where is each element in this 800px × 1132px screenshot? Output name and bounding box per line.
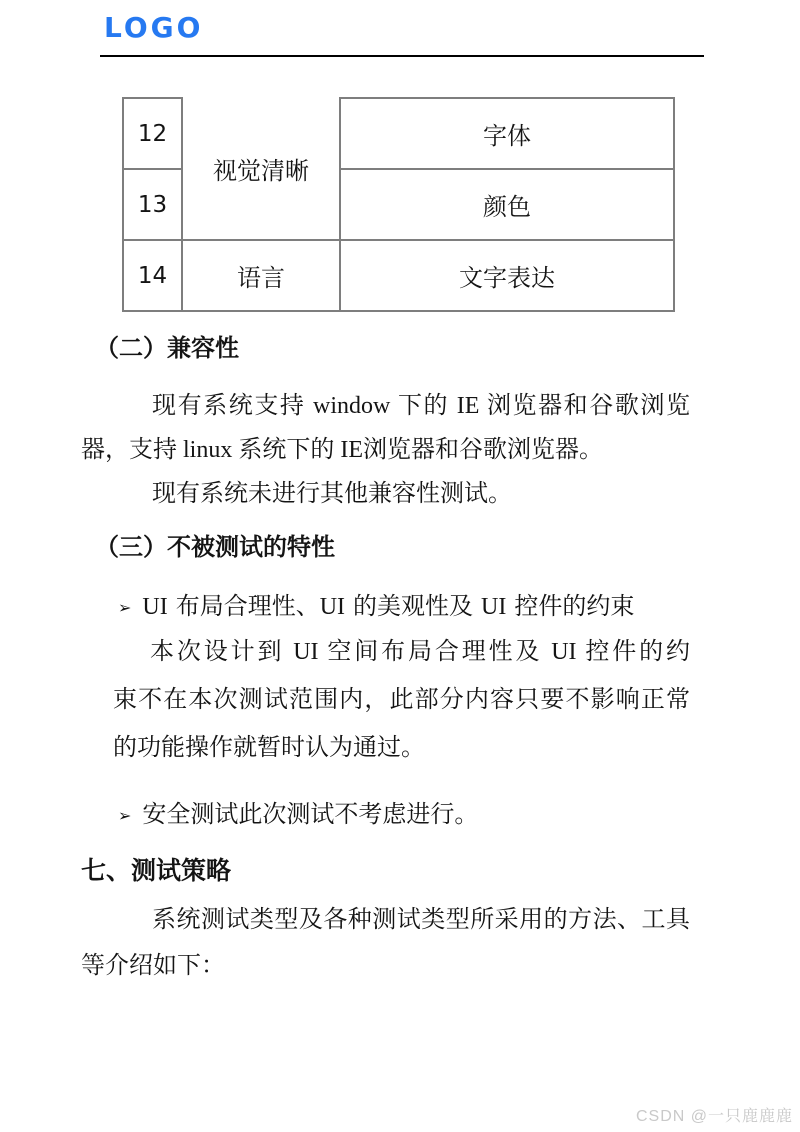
header-divider (100, 55, 704, 57)
bullet-item-ui: ➢UI 布局合理性、UI 的美观性及 UI 控件的约束 (118, 585, 634, 631)
category-cell-language: 语言 (182, 240, 340, 311)
features-table: 12 视觉清晰 字体 13 颜色 14 语言 文字表达 (122, 97, 675, 312)
table-row-12: 12 视觉清晰 字体 (123, 98, 674, 169)
compatibility-paragraph-2: 现有系统未进行其他兼容性测试。 (81, 472, 690, 516)
table-row-14: 14 语言 文字表达 (123, 240, 674, 311)
bullet-ui-detail-paragraph: 本次设计到 UI 空间布局合理性及 UI 控件的约束不在本次测试范围内，此部分内… (113, 628, 690, 772)
row-number-cell: 13 (123, 169, 182, 240)
logo: LOGO (104, 11, 203, 44)
bullet-item-security-label: 安全测试此次测试不考虑进行。 (142, 802, 478, 828)
item-cell-color: 颜色 (340, 169, 674, 240)
item-cell-font: 字体 (340, 98, 674, 169)
section-heading-compatibility: （二）兼容性 (95, 334, 239, 364)
compatibility-paragraph-1: 现有系统支持 window 下的 IE 浏览器和谷歌浏览器，支持 linux 系… (81, 384, 690, 472)
item-cell-text-expression: 文字表达 (340, 240, 674, 311)
row-number-cell: 14 (123, 240, 182, 311)
arrow-bullet-icon: ➢ (118, 587, 131, 631)
csdn-watermark: CSDN @一只鹿鹿鹿 (636, 1103, 793, 1126)
arrow-bullet-icon: ➢ (118, 795, 131, 839)
bullet-item-security: ➢安全测试此次测试不考虑进行。 (118, 793, 478, 839)
section-heading-not-tested: （三）不被测试的特性 (95, 533, 335, 563)
row-number-cell: 12 (123, 98, 182, 169)
strategy-intro-paragraph: 系统测试类型及各种测试类型所采用的方法、工具等介绍如下： (81, 897, 690, 989)
category-cell-visual-clarity: 视觉清晰 (182, 98, 340, 240)
chapter-heading-test-strategy: 七、测试策略 (81, 851, 231, 887)
document-page: LOGO 12 视觉清晰 字体 13 颜色 14 语言 文字表达 （二）兼容性 … (0, 0, 800, 1132)
bullet-item-ui-label: UI 布局合理性、UI 的美观性及 UI 控件的约束 (142, 594, 634, 620)
